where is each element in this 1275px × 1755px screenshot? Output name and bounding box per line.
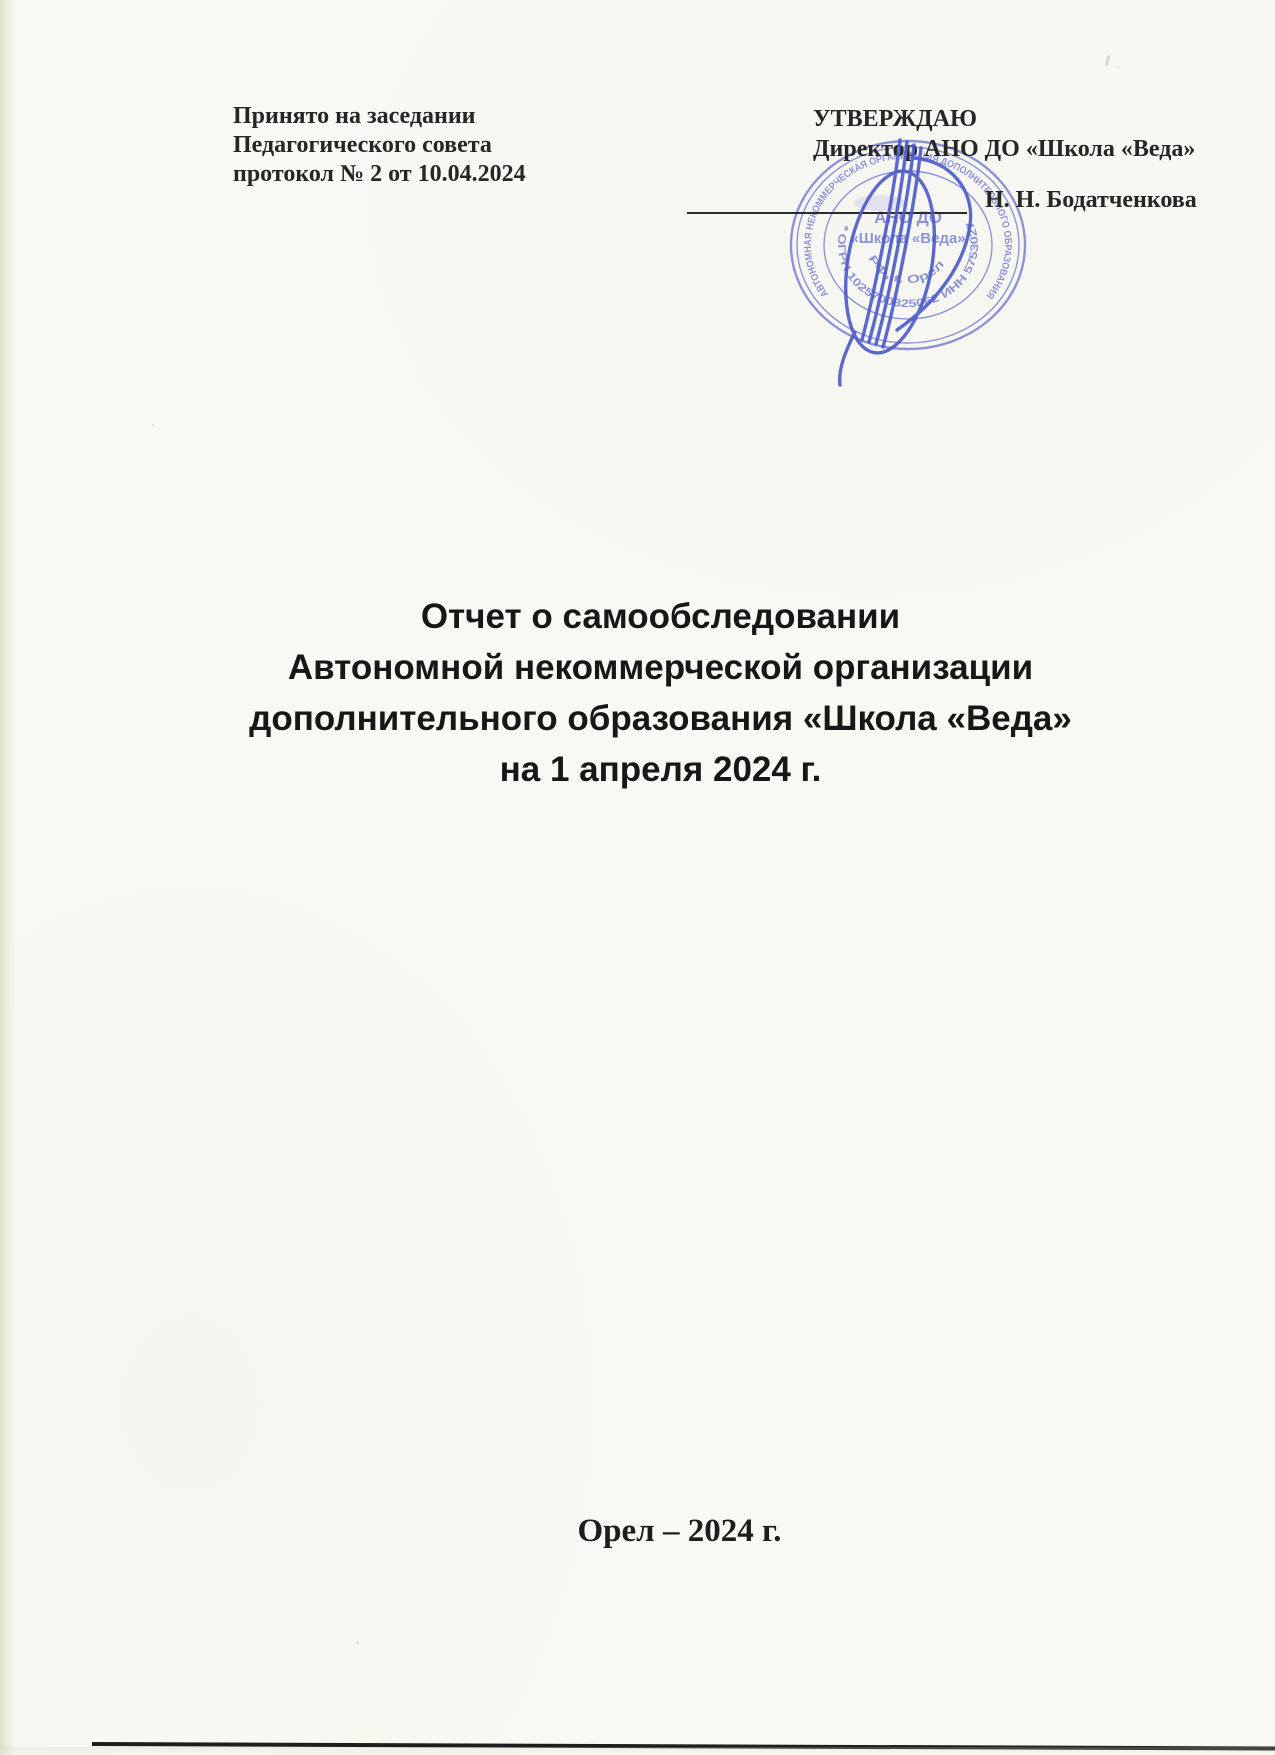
title-line-2: Автономной некоммерческой организации (23, 642, 1275, 693)
title-line-1: Отчет о самообследовании (23, 591, 1275, 642)
title-line-4: на 1 апреля 2024 г. (23, 744, 1275, 795)
title-line-3: дополнительного образования «Школа «Веда… (23, 693, 1275, 744)
footer-city-year: Орел – 2024 г. (42, 1513, 1275, 1550)
scan-speck (1105, 55, 1111, 66)
accepted-line-3: протокол № 2 от 10.04.2024 (233, 160, 526, 189)
scan-speck (152, 424, 154, 426)
handwritten-signature (760, 115, 1060, 401)
signature-strokes (833, 140, 971, 385)
report-title: Отчет о самообследовании Автономной неко… (23, 591, 1275, 795)
scan-speck (356, 1642, 359, 1644)
document-page: Принято на заседании Педагогического сов… (0, 0, 1275, 1755)
scan-edge-left (0, 0, 16, 1755)
accepted-block: Принято на заседании Педагогического сов… (233, 102, 526, 189)
accepted-line-2: Педагогического совета (233, 131, 526, 160)
scan-edge-bottom-shade (0, 1747, 1275, 1755)
accepted-line-1: Принято на заседании (233, 102, 526, 131)
scan-speck (1117, 66, 1119, 68)
